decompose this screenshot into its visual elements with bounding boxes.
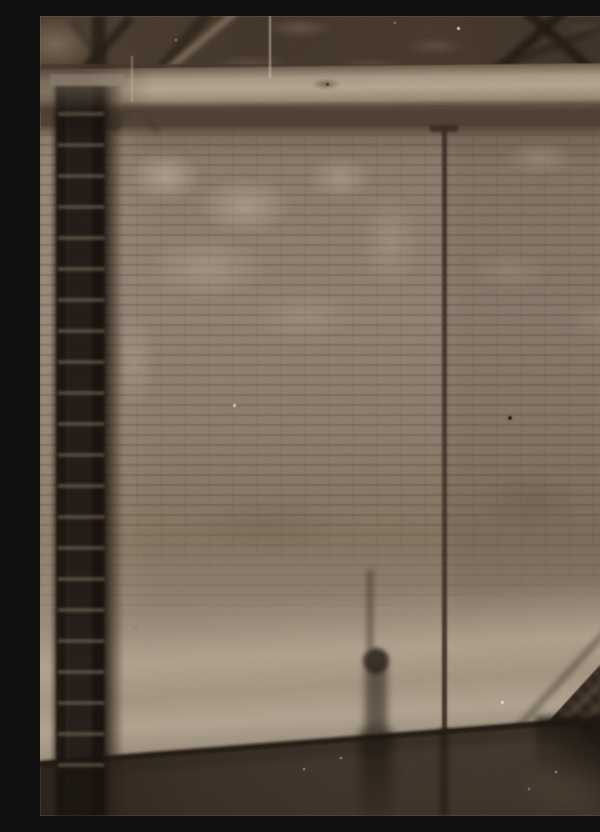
dust-specks [40, 16, 600, 816]
vintage-dock-photograph: A soft-focus sepia photograph of a tall … [40, 16, 600, 816]
dust-speck [326, 83, 329, 86]
dust-speck [135, 626, 137, 628]
dust-speck [340, 757, 342, 759]
dust-speck [303, 768, 305, 770]
dust-speck [233, 404, 236, 407]
dust-speck [175, 39, 177, 41]
dust-speck [555, 771, 557, 773]
dust-speck [457, 27, 460, 30]
dust-speck [508, 416, 512, 420]
dust-speck [501, 701, 504, 704]
dust-speck [394, 22, 396, 24]
photo-scene [40, 16, 600, 816]
dust-speck [528, 788, 530, 790]
